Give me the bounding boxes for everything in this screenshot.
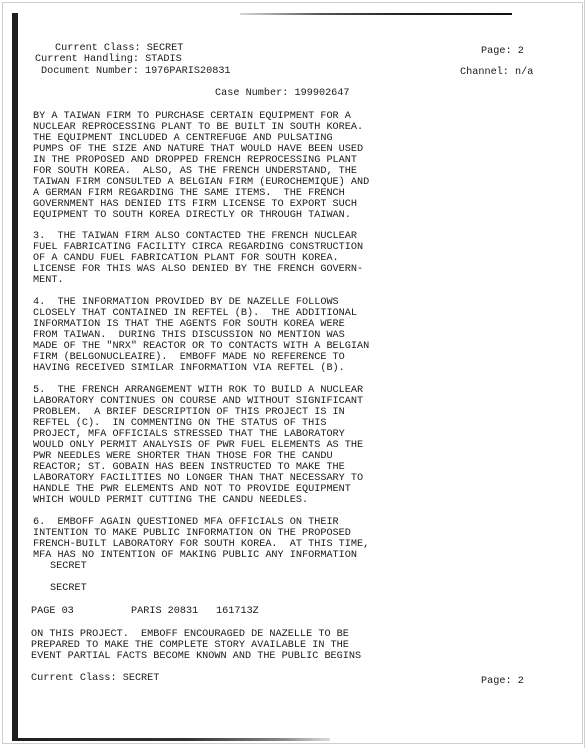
text-line: REACTOR; ST. GOBAIN HAS BEEN INSTRUCTED … xyxy=(33,462,363,473)
current-handling-label: Current Handling: xyxy=(35,54,139,65)
current-class-header: Current Class: SECRET xyxy=(55,43,183,54)
text-line: FOR SOUTH KOREA. ALSO, AS THE FRENCH UND… xyxy=(33,166,369,177)
current-handling-header: Current Handling: STADIS xyxy=(35,54,182,65)
channel-label: Channel: xyxy=(460,67,509,78)
paragraph-4: 4. THE INFORMATION PROVIDED BY DE NAZELL… xyxy=(33,297,369,374)
paragraph-5: 5. THE FRENCH ARRANGEMENT WITH ROK TO BU… xyxy=(33,385,363,506)
text-line: ON THIS PROJECT. EMBOFF ENCOURAGED DE NA… xyxy=(31,629,361,640)
scan-bottom-edge xyxy=(12,738,330,741)
footer-current-class-label: Current Class: xyxy=(31,673,117,684)
text-line: FROM TAIWAN. DURING THIS DISCUSSION NO M… xyxy=(33,330,369,341)
text-line: MADE OF THE "NRX" REACTOR OR TO CONTACTS… xyxy=(33,341,369,352)
text-line: WOULD ONLY PERMIT ANALYSIS OF PWR FUEL E… xyxy=(33,440,363,451)
text-line: NUCLEAR REPROCESSING PLANT TO BE BUILT I… xyxy=(33,122,369,133)
text-line: HAVING RECEIVED SIMILAR INFORMATION VIA … xyxy=(33,363,369,374)
text-line: IN THE PROPOSED AND DROPPED FRENCH REPRO… xyxy=(33,155,369,166)
paragraph-6: 6. EMBOFF AGAIN QUESTIONED MFA OFFICIALS… xyxy=(33,517,369,561)
text-line: OF A CANDU FUEL FABRICATION PLANT FOR SO… xyxy=(33,253,363,264)
page-edge xyxy=(584,0,585,748)
text-line: PWR NEEDLES WERE SHORTER THAN THOSE FOR … xyxy=(33,451,363,462)
page-break-page: PAGE 03 xyxy=(31,606,74,617)
text-line: PROJECT, MFA OFFICIALS STRESSED THAT THE… xyxy=(33,429,363,440)
text-line: INFORMATION IS THAT THE AGENTS FOR SOUTH… xyxy=(33,319,369,330)
text-line: EVENT PARTIAL FACTS BECOME KNOWN AND THE… xyxy=(31,651,361,662)
text-line: LABORATORY FACILITIES NO LONGER THAN THA… xyxy=(33,473,363,484)
channel-header: Channel: n/a xyxy=(460,67,533,78)
text-line: PROBLEM. A BRIEF DESCRIPTION OF THIS PRO… xyxy=(33,407,363,418)
text-line: 5. THE FRENCH ARRANGEMENT WITH ROK TO BU… xyxy=(33,385,363,396)
text-line: GOVERNMENT HAS DENIED ITS FIRM LICENSE T… xyxy=(33,199,369,210)
text-line: PUMPS OF THE SIZE AND NATURE THAT WOULD … xyxy=(33,144,369,155)
text-line: PREPARED TO MAKE THE COMPLETE STORY AVAI… xyxy=(31,640,361,651)
text-line: MENT. xyxy=(33,275,363,286)
text-line: FRENCH-BUILT LABORATORY FOR SOUTH KOREA.… xyxy=(33,539,369,550)
footer-current-class-value: SECRET xyxy=(123,673,160,684)
text-line: LICENSE FOR THIS WAS ALSO DENIED BY THE … xyxy=(33,264,363,275)
text-line: FIRM (BELGONUCLEAIRE). EMBOFF MADE NO RE… xyxy=(33,352,369,363)
page-label: Page: xyxy=(481,46,512,57)
current-class-footer: Current Class: SECRET xyxy=(31,673,159,684)
secret-marker-top: SECRET xyxy=(50,583,87,594)
text-line: THE EQUIPMENT INCLUDED A CENTREFUGE AND … xyxy=(33,133,369,144)
text-line: EQUIPMENT TO SOUTH KOREA DIRECTLY OR THR… xyxy=(33,210,369,221)
case-number-label: Case Number: xyxy=(215,88,288,99)
paragraph-3: 3. THE TAIWAN FIRM ALSO CONTACTED THE FR… xyxy=(33,231,363,286)
scan-top-edge xyxy=(240,13,512,15)
text-line: A GERMAN FIRM REGARDING THE SAME ITEMS. … xyxy=(33,188,369,199)
text-line: MFA HAS NO INTENTION OF MAKING PUBLIC AN… xyxy=(33,550,369,561)
text-line: HANDLE THE PWR ELEMENTS AND NOT TO PROVI… xyxy=(33,484,363,495)
scan-left-edge xyxy=(12,13,18,741)
current-class-value: SECRET xyxy=(147,43,184,54)
secret-marker-bottom: SECRET xyxy=(50,561,87,572)
document-number-value: 1976PARIS20831 xyxy=(145,66,231,77)
text-line: FUEL FABRICATING FACILITY CIRCA REGARDIN… xyxy=(33,242,363,253)
page-break-station: PARIS 20831 xyxy=(131,606,198,617)
page-value: 2 xyxy=(518,46,524,57)
channel-value: n/a xyxy=(515,67,533,78)
text-line: CLOSELY THAT CONTAINED IN REFTEL (B). TH… xyxy=(33,308,369,319)
case-number-header: Case Number: 199902647 xyxy=(215,88,350,99)
document-number-label: Document Number: xyxy=(41,66,139,77)
footer-page-value: 2 xyxy=(518,676,524,687)
paragraph-6-continued: ON THIS PROJECT. EMBOFF ENCOURAGED DE NA… xyxy=(31,629,361,662)
page-break-dtg: 161713Z xyxy=(216,606,259,617)
case-number-value: 199902647 xyxy=(295,88,350,99)
page-number-header: Page: 2 xyxy=(481,46,524,57)
page-number-footer: Page: 2 xyxy=(481,676,524,687)
current-handling-value: STADIS xyxy=(145,54,182,65)
document-number-header: Document Number: 1976PARIS20831 xyxy=(41,66,231,77)
footer-page-label: Page: xyxy=(481,676,512,687)
text-line: WHICH WOULD PERMIT CUTTING THE CANDU NEE… xyxy=(33,495,363,506)
current-class-label: Current Class: xyxy=(55,43,141,54)
text-line: REFTEL (C). IN COMMENTING ON THE STATUS … xyxy=(33,418,363,429)
text-line: 4. THE INFORMATION PROVIDED BY DE NAZELL… xyxy=(33,297,369,308)
text-line: BY A TAIWAN FIRM TO PURCHASE CERTAIN EQU… xyxy=(33,111,369,122)
text-line: 6. EMBOFF AGAIN QUESTIONED MFA OFFICIALS… xyxy=(33,517,369,528)
text-line: LABORATORY CONTINUES ON COURSE AND WITHO… xyxy=(33,396,363,407)
text-line: 3. THE TAIWAN FIRM ALSO CONTACTED THE FR… xyxy=(33,231,363,242)
text-line: TAIWAN FIRM CONSULTED A BELGIAN FIRM (EU… xyxy=(33,177,369,188)
text-line: INTENTION TO MAKE PUBLIC INFORMATION ON … xyxy=(33,528,369,539)
paragraph-2-continued: BY A TAIWAN FIRM TO PURCHASE CERTAIN EQU… xyxy=(33,111,369,221)
